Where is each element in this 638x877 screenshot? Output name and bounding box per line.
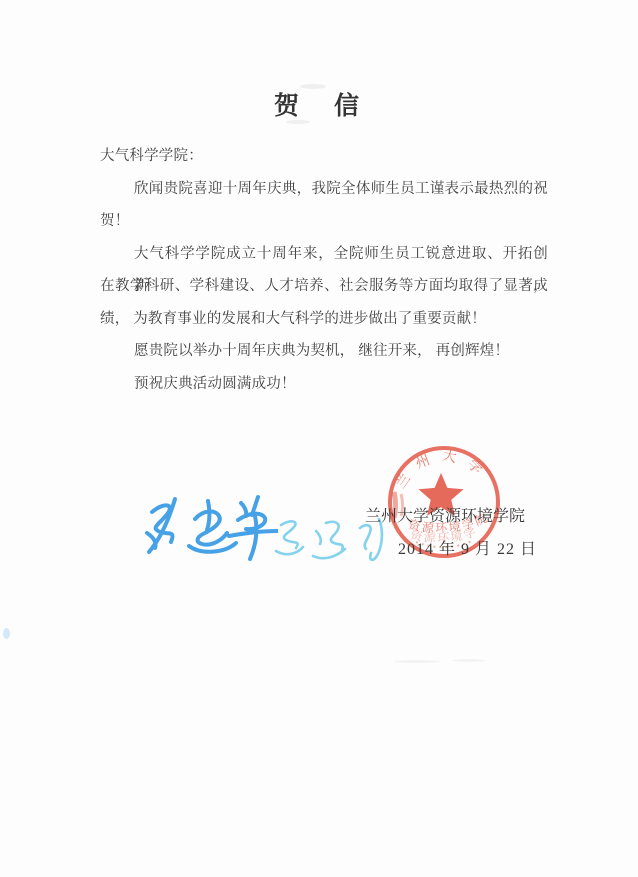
body-line: 愿贵院以举办十周年庆典为契机， 继往开来， 再创辉煌！	[100, 335, 548, 368]
handwritten-signature-1	[138, 482, 278, 564]
scanned-letter-page: 贺 信 大气科学学院： 欣闻贵院喜迎十周年庆典，我院全体师生员工谨表示最热烈的祝…	[0, 0, 638, 877]
body-line: 大气科学学院成立十周年来，全院师生员工锐意进取、开拓创新，	[100, 238, 548, 271]
letter-body: 大气科学学院： 欣闻贵院喜迎十周年庆典，我院全体师生员工谨表示最热烈的祝 贺！ …	[100, 140, 548, 400]
body-line: 在教学科研、学科建设、人才培养、社会服务等方面均取得了显著成	[100, 270, 548, 303]
scan-artifact	[3, 628, 10, 639]
body-line: 预祝庆典活动圆满成功！	[100, 368, 548, 401]
organization-name: 兰州大学资源环境学院	[365, 503, 525, 526]
body-line: 欣闻贵院喜迎十周年庆典，我院全体师生员工谨表示最热烈的祝	[100, 173, 548, 206]
scan-artifact	[452, 659, 486, 662]
salutation-line: 大气科学学院：	[100, 140, 548, 173]
date-line: 2014 年 9 月 22 日	[398, 536, 537, 559]
body-line: 贺！	[100, 205, 548, 238]
body-line: 绩， 为教育事业的发展和大气科学的进步做出了重要贡献！	[100, 303, 548, 336]
scan-artifact	[394, 660, 440, 663]
letter-title: 贺 信	[0, 86, 638, 122]
